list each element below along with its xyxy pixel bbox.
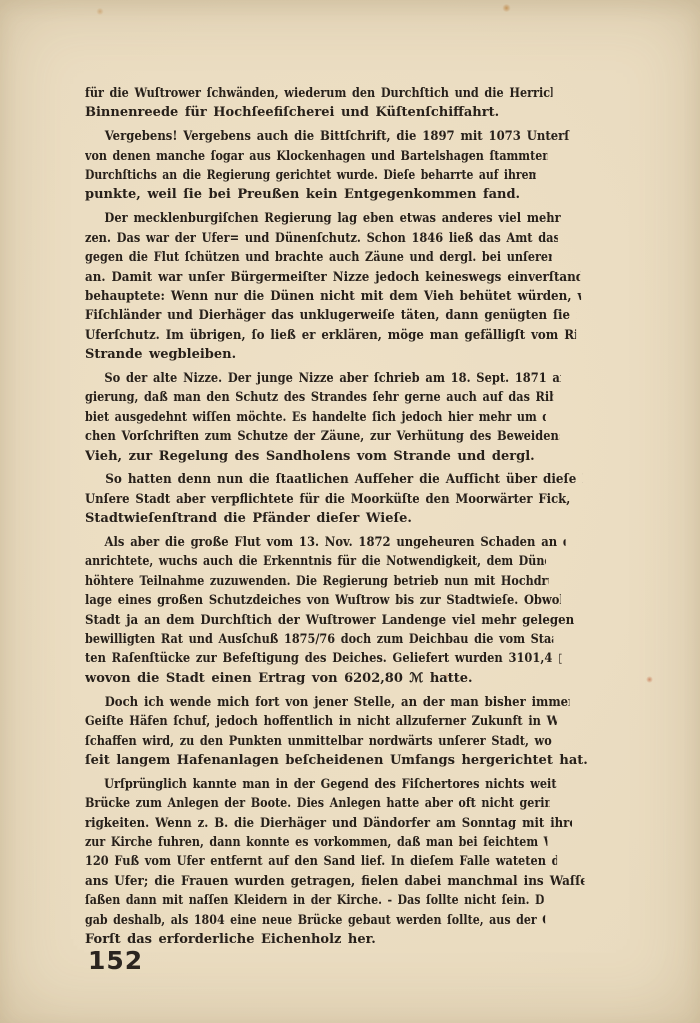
page-number: 152 (88, 946, 143, 975)
text-line: Binnenreede für Hochſeefiſcherei und Küſ… (85, 103, 626, 122)
text-line: Geiſte Häfen ſchuf, jedoch hoffentlich i… (85, 712, 557, 731)
text-line: rigkeiten. Wenn z. B. die Dierhäger und … (85, 814, 572, 833)
text-line: behauptete: Wenn nur die Dünen nicht mit… (85, 287, 581, 306)
text-line: Fiſchländer und Dierhäger das unklugerwe… (85, 306, 576, 325)
paragraph: Doch ich wende mich fort von jener Stell… (85, 693, 626, 771)
paper-stain (96, 8, 104, 15)
text-line: gierung, daß man den Schutz des Strandes… (85, 388, 553, 407)
text-line: zen. Das war der Ufer= und Dünenſchutz. … (85, 229, 558, 248)
text-line: Doch ich wende mich fort von jener Stell… (85, 693, 570, 712)
text-line: zur Kirche fuhren, dann konnte es vorkom… (85, 833, 547, 852)
text-block: für die Wuſtrower ſchwänden, wiederum de… (85, 84, 626, 954)
text-line: punkte, weil ſie bei Preußen kein Entgeg… (85, 185, 626, 204)
paragraph: Als aber die große Flut vom 13. Nov. 187… (85, 533, 626, 688)
text-line: So hatten denn nun die ſtaatlichen Aufſe… (85, 470, 583, 489)
text-line: chen Vorſchriften zum Schutze der Zäune,… (85, 427, 559, 446)
text-line: Stadt ja an dem Durchſtich der Wuſtrower… (85, 611, 576, 630)
text-line: für die Wuſtrower ſchwänden, wiederum de… (85, 84, 553, 103)
text-line: lage eines großen Schutzdeiches von Wuſt… (85, 591, 561, 610)
paragraph: Vergebens! Vergebens auch die Bittſchrif… (85, 127, 626, 205)
text-line: von denen manche ſogar aus Klockenhagen … (85, 147, 547, 166)
text-line: bewilligten Rat und Ausſchuß 1875/76 doc… (85, 630, 553, 649)
text-line: biet ausgedehnt wiſſen möchte. Es handel… (85, 408, 546, 427)
text-line: Vieh, zur Regelung des Sandholens vom St… (85, 447, 626, 466)
paragraph: So hatten denn nun die ſtaatlichen Aufſe… (85, 470, 626, 528)
scanned-book-page: für die Wuſtrower ſchwänden, wiederum de… (0, 0, 700, 1023)
text-line: Als aber die große Flut vom 13. Nov. 187… (85, 533, 566, 552)
paper-stain (646, 676, 653, 683)
text-line: gab deshalb, als 1804 eine neue Brücke g… (85, 911, 545, 930)
paragraph: So der alte Nizze. Der junge Nizze aber … (85, 369, 626, 466)
text-line: gegen die Flut ſchützen und brachte auch… (85, 248, 552, 267)
text-line: ten Raſenſtücke zur Befeſtigung des Deic… (85, 649, 562, 668)
text-line: Forſt das erforderliche Eichenholz her. (85, 930, 626, 949)
paragraph: für die Wuſtrower ſchwänden, wiederum de… (85, 84, 626, 123)
paper-stain (502, 4, 511, 12)
paragraph: Urſprünglich kannte man in der Gegend de… (85, 775, 626, 950)
text-line: ſchaffen wird, zu den Punkten unmittelba… (85, 732, 553, 751)
text-line: Durchſtichs an die Regierung gerichtet w… (85, 166, 536, 185)
paragraph: Der mecklenburgiſchen Regierung lag eben… (85, 209, 626, 364)
text-line: Stadtwieſenſtrand die Pfänder dieſer Wie… (85, 509, 626, 528)
text-line: Vergebens! Vergebens auch die Bittſchrif… (85, 127, 570, 146)
text-line: ans Ufer; die Frauen wurden getragen, fi… (85, 872, 584, 891)
text-line: Der mecklenburgiſchen Regierung lag eben… (85, 209, 562, 228)
text-line: höhtere Teilnahme zuzuwenden. Die Regier… (85, 572, 549, 591)
text-line: Urſprünglich kannte man in der Gegend de… (85, 775, 556, 794)
text-line: an. Damit war unſer Bürgermeiſter Nizze … (85, 268, 580, 287)
text-line: anrichtete, wuchs auch die Erkenntnis fü… (85, 552, 546, 571)
text-line: ſeit langem Hafenanlagen beſcheidenen Um… (85, 751, 626, 770)
text-line: wovon die Stadt einen Ertrag von 6202,80… (85, 669, 626, 688)
text-line: Strande wegbleiben. (85, 345, 626, 364)
text-line: Uferſchutz. Im übrigen, ſo ließ er erklä… (85, 326, 576, 345)
text-line: Unſere Stadt aber verpflichtete für die … (85, 490, 570, 509)
text-line: ſaßen dann mit naſſen Kleidern in der Ki… (85, 891, 544, 910)
text-line: Brücke zum Anlegen der Boote. Dies Anleg… (85, 794, 550, 813)
text-line: 120 Fuß vom Ufer entfernt auf den Sand l… (85, 852, 557, 871)
text-line: So der alte Nizze. Der junge Nizze aber … (85, 369, 561, 388)
